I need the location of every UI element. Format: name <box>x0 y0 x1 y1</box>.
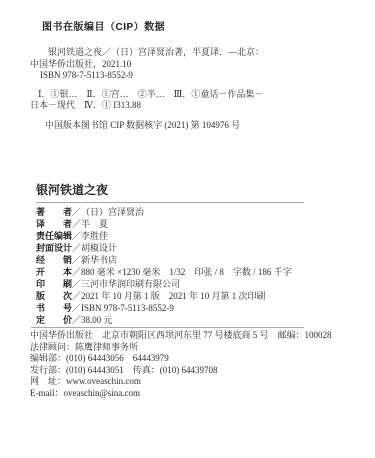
row-separator: ／ <box>72 242 81 254</box>
colophon-section: 银河铁道之夜 著 者／（日）宫泽贤治 译 者／半 夏 责任编辑／李胜佳 封面设计… <box>30 183 345 328</box>
row-separator: ／ <box>72 254 81 266</box>
colophon-row-format: 开 本／880 毫米 ×1230 毫米 1/32 印张 / 8 字数 / 186… <box>36 266 345 278</box>
cip-isbn-line: ISBN 978-7-5113-8552-9 <box>30 70 345 82</box>
colophon-row-author: 著 者／（日）宫泽贤治 <box>36 206 345 218</box>
row-value: 新华书店 <box>81 255 117 265</box>
colophon-rows: 著 者／（日）宫泽贤治 译 者／半 夏 责任编辑／李胜佳 封面设计／胡椒设计 经… <box>30 206 345 326</box>
row-separator: ／ <box>72 230 81 242</box>
divider-rule-top <box>36 202 304 203</box>
cip-header: 图书在版编目（CIP）数据 <box>30 22 345 34</box>
colophon-row-isbn: 书 号／ISBN 978-7-5113-8552-9 <box>36 302 345 314</box>
row-value: 2021 年 10 月第 1 版 2021 年 10 月第 1 次印刷 <box>81 291 266 301</box>
row-label: 经 销 <box>36 254 72 266</box>
cip-class-line-1: Ⅰ．①银… Ⅱ．①宫… ②半… Ⅲ．①童话－作品集－ <box>30 89 345 101</box>
row-separator: ／ <box>72 290 81 302</box>
colophon-row-editor: 责任编辑／李胜佳 <box>36 230 345 242</box>
colophon-row-printer: 印 刷／三河市华润印刷有限公司 <box>36 278 345 290</box>
legal-counsel-line: 法律顾问：陈鹰律师事务所 <box>30 342 345 354</box>
cip-record-line: 中国版本图书馆 CIP 数据核字 (2021) 第 104976 号 <box>30 120 345 132</box>
row-value: 胡椒设计 <box>81 243 117 253</box>
row-separator: ／ <box>72 218 81 230</box>
website-line: 网 址：www.oveaschin.com <box>30 376 345 388</box>
publisher-address-line: 中国华侨出版社 北京市朝阳区西坝河东里 77 号楼底商 5 号 邮编：10002… <box>30 330 345 342</box>
cip-classification: Ⅰ．①银… Ⅱ．①宫… ②半… Ⅲ．①童话－作品集－ 日本－现代 Ⅳ．① I31… <box>30 89 345 112</box>
row-separator: ／ <box>72 302 81 314</box>
row-value: 三河市华润印刷有限公司 <box>81 279 180 289</box>
divider-rule-bottom <box>31 327 304 328</box>
cip-entry-line-2: 中国华侨出版社，2021.10 <box>30 59 345 71</box>
row-separator: ／ <box>72 266 81 278</box>
book-title: 银河铁道之夜 <box>36 183 345 197</box>
colophon-row-price: 定 价／38.00 元 <box>36 314 345 326</box>
row-value: ISBN 978-7-5113-8552-9 <box>81 303 174 313</box>
row-label: 封面设计 <box>36 242 72 254</box>
row-separator: ／ <box>72 314 81 326</box>
row-label: 开 本 <box>36 266 72 278</box>
row-separator: ／ <box>72 206 81 218</box>
row-label: 定 价 <box>36 314 72 326</box>
cip-entry-line-1: 银河铁道之夜／（日）宫泽贤治著，半夏译．—北京： <box>30 47 345 59</box>
publisher-section: 中国华侨出版社 北京市朝阳区西坝河东里 77 号楼底商 5 号 邮编：10002… <box>30 330 345 399</box>
colophon-row-distributor: 经 销／新华书店 <box>36 254 345 266</box>
page-container: 图书在版编目（CIP）数据 银河铁道之夜／（日）宫泽贤治著，半夏译．—北京： 中… <box>0 0 375 458</box>
cip-record: 中国版本图书馆 CIP 数据核字 (2021) 第 104976 号 <box>30 120 345 132</box>
colophon-row-translator: 译 者／半 夏 <box>36 218 345 230</box>
row-label: 译 者 <box>36 218 72 230</box>
row-value: 李胜佳 <box>81 231 108 241</box>
row-value: 半 夏 <box>81 219 108 229</box>
row-label: 印 刷 <box>36 278 72 290</box>
row-separator: ／ <box>72 278 81 290</box>
row-value: 880 毫米 ×1230 毫米 1/32 印张 / 8 字数 / 186 千字 <box>81 267 292 277</box>
cip-class-line-2: 日本－现代 Ⅳ．① I313.88 <box>30 100 345 112</box>
row-label: 著 者 <box>36 206 72 218</box>
colophon-row-cover-design: 封面设计／胡椒设计 <box>36 242 345 254</box>
row-value: 38.00 元 <box>81 315 113 325</box>
row-label: 责任编辑 <box>36 230 72 242</box>
row-label: 书 号 <box>36 302 72 314</box>
distribution-dept-line: 发行部：(010) 64443051 传真：(010) 64439708 <box>30 365 345 377</box>
email-line: E-mail：oveaschin@sina.com <box>30 388 345 400</box>
row-value: （日）宫泽贤治 <box>81 207 144 217</box>
cip-entry: 银河铁道之夜／（日）宫泽贤治著，半夏译．—北京： 中国华侨出版社，2021.10… <box>30 47 345 82</box>
cip-section: 图书在版编目（CIP）数据 银河铁道之夜／（日）宫泽贤治著，半夏译．—北京： 中… <box>30 22 345 131</box>
row-label: 版 次 <box>36 290 72 302</box>
editorial-dept-line: 编辑部：(010) 64443056 64443979 <box>30 353 345 365</box>
colophon-row-edition: 版 次／2021 年 10 月第 1 版 2021 年 10 月第 1 次印刷 <box>36 290 345 302</box>
